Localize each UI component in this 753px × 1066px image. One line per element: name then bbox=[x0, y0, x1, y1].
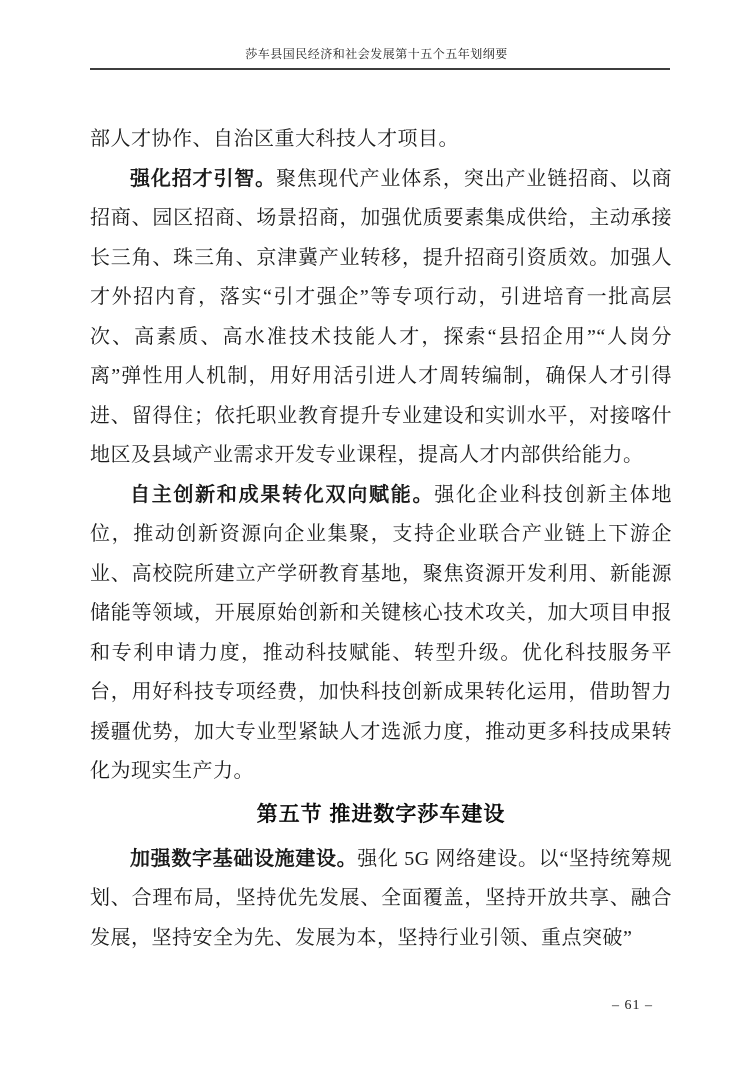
page-header: 莎车县国民经济和社会发展第十五个五年划纲要 bbox=[0, 0, 753, 70]
paragraph-lead: 加强数字基础设施建设。 bbox=[130, 848, 357, 870]
paragraph-innovation: 自主创新和成果转化双向赋能。强化企业科技创新主体地位，推动创新资源向企业集聚，支… bbox=[90, 476, 672, 792]
paragraph-text: 部人才协作、自治区重大科技人才项目。 bbox=[90, 128, 459, 150]
paragraph-continuation: 部人才协作、自治区重大科技人才项目。 bbox=[90, 120, 672, 160]
running-head-title: 莎车县国民经济和社会发展第十五个五年划纲要 bbox=[0, 46, 753, 62]
page-number: – 61 – bbox=[612, 998, 653, 1013]
paragraph-text: 聚焦现代产业体系，突出产业链招商、以商招商、园区招商、场景招商，加强优质要素集成… bbox=[90, 168, 672, 467]
paragraph-lead: 强化招才引智。 bbox=[130, 168, 276, 190]
document-page: 莎车县国民经济和社会发展第十五个五年划纲要 部人才协作、自治区重大科技人才项目。… bbox=[0, 0, 753, 1066]
paragraph-lead: 自主创新和成果转化双向赋能。 bbox=[130, 484, 434, 506]
section-heading: 第五节 推进数字莎车建设 bbox=[90, 795, 672, 835]
paragraph-text: 强化企业科技创新主体地位，推动创新资源向企业集聚，支持企业联合产业链上下游企业、… bbox=[90, 484, 672, 783]
header-divider bbox=[90, 68, 670, 70]
document-body: 部人才协作、自治区重大科技人才项目。 强化招才引智。聚焦现代产业体系，突出产业链… bbox=[90, 120, 672, 958]
paragraph-digital-infrastructure: 加强数字基础设施建设。强化 5G 网络建设。以“坚持统筹规划、合理布局，坚持优先… bbox=[90, 840, 672, 959]
paragraph-talent-attraction: 强化招才引智。聚焦现代产业体系，突出产业链招商、以商招商、园区招商、场景招商，加… bbox=[90, 160, 672, 476]
page-footer: – 61 – bbox=[612, 998, 653, 1014]
